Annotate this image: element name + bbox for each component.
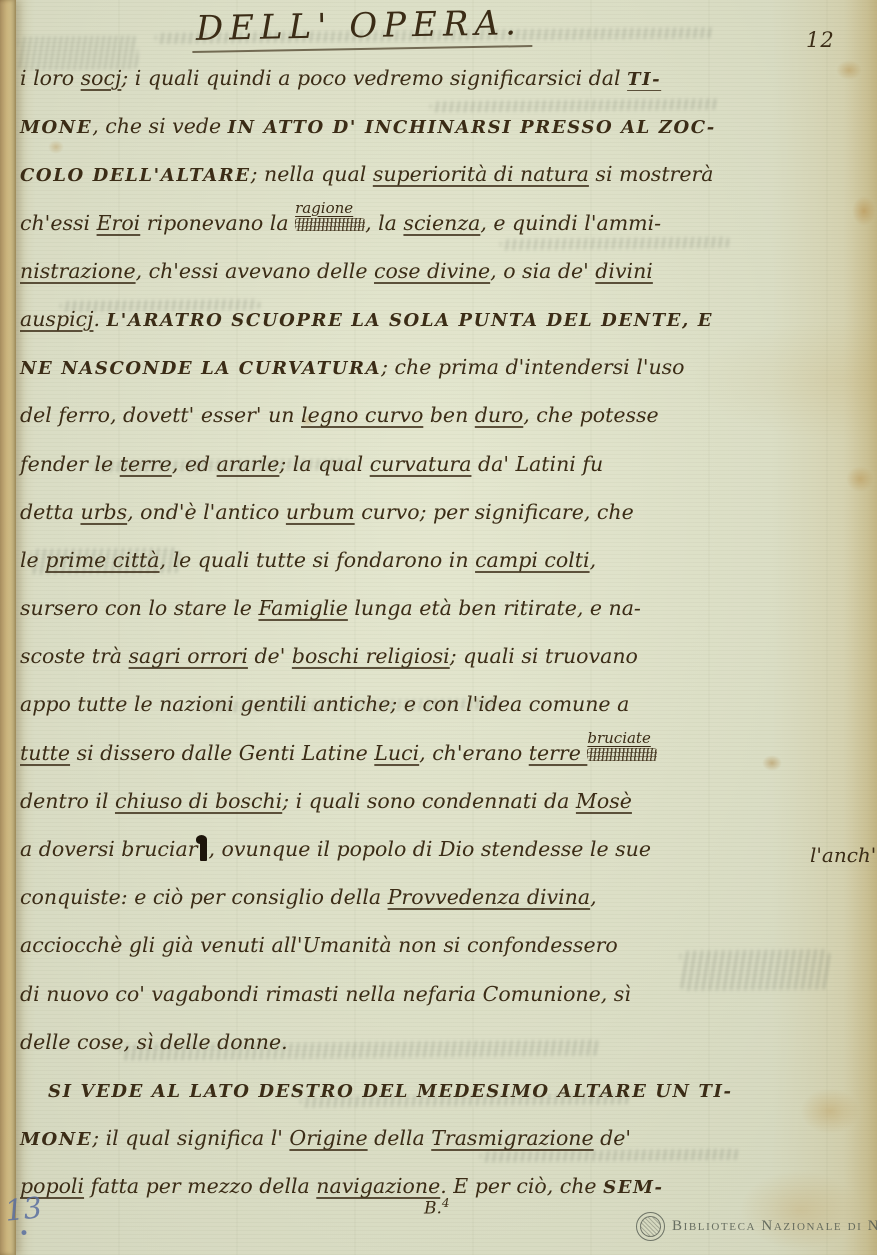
binding-edge xyxy=(0,0,16,1255)
manuscript-line: le prime città, le quali tutte si fondar… xyxy=(20,536,870,584)
text-segment: terre xyxy=(120,452,172,476)
text-segment: ; il qual significa l' xyxy=(92,1126,289,1150)
text-segment: IN ATTO D' INCHINARSI PRESSO AL ZOC- xyxy=(228,117,716,138)
manuscript-page: DELL' OPERA. 12 i loro socj; i quali qui… xyxy=(0,0,877,1255)
text-segment: cose divine xyxy=(374,259,490,283)
strikeout-scribble xyxy=(295,218,365,231)
text-segment: boschi religiosi xyxy=(292,644,450,668)
text-segment: si mostrerà xyxy=(589,162,714,186)
margin-note: l'anch'essi xyxy=(810,843,877,867)
text-segment: TI- xyxy=(627,69,661,90)
manuscript-line: COLO DELL'ALTARE; nella qual superiorità… xyxy=(20,150,870,198)
text-segment: ch'essi xyxy=(20,211,97,235)
text-segment: a doversi bruciar xyxy=(20,837,198,861)
stamp-label: Biblioteca Nazionale di Napoli xyxy=(672,1218,877,1235)
page-title: DELL' OPERA. xyxy=(192,3,533,53)
manuscript-line: a doversi bruciar, ovunque il popolo di … xyxy=(20,825,870,873)
library-stamp: Biblioteca Nazionale di Napoli xyxy=(636,1212,877,1241)
text-segment: Mosè xyxy=(576,789,632,813)
text-segment: NE NASCONDE LA CURVATURA xyxy=(20,358,381,379)
text-segment: Trasmigrazione xyxy=(431,1126,593,1150)
text-segment: ; quali si truovano xyxy=(450,644,638,668)
text-segment: riponevano la xyxy=(140,211,295,235)
text-segment: legno curvo xyxy=(301,403,423,427)
text-segment: SI VEDE AL LATO DESTRO DEL MEDESIMO ALTA… xyxy=(48,1081,733,1102)
text-segment: SEM- xyxy=(603,1177,664,1198)
text-segment: MONE xyxy=(20,117,92,138)
text-segment: Origine xyxy=(289,1126,367,1150)
text-segment: Eroi xyxy=(97,211,141,235)
text-segment: de' xyxy=(594,1126,631,1150)
manuscript-line: dentro il chiuso di boschi; i quali sono… xyxy=(20,777,870,825)
text-segment: , xyxy=(590,548,597,572)
text-segment: scoste trà xyxy=(20,644,129,668)
text-segment: divini xyxy=(595,259,653,283)
text-segment: lunga età ben ritirate, e na- xyxy=(348,596,641,620)
manuscript-line: conquiste: e ciò per consiglio della Pro… xyxy=(20,873,870,921)
text-segment: detta xyxy=(20,500,80,524)
text-segment: di nuovo co' vagabondi rimasti nella nef… xyxy=(20,982,631,1006)
text-segment: , la xyxy=(365,211,403,235)
text-segment: dentro il xyxy=(20,789,115,813)
text-segment: prime città xyxy=(45,548,159,572)
text-segment: terre xyxy=(529,741,588,765)
text-segment: fender le xyxy=(20,452,120,476)
text-segment: . xyxy=(93,307,106,331)
insertion-mark-icon xyxy=(200,839,207,861)
text-segment: sagri orrori xyxy=(129,644,248,668)
text-segment: del ferro, dovett' esser' un xyxy=(20,403,301,427)
text-segment: MONE xyxy=(20,1129,92,1150)
text-segment: sursero con lo stare le xyxy=(20,596,258,620)
text-segment: Provvedenza divina xyxy=(388,885,590,909)
manuscript-line: MONE; il qual significa l' Origine della… xyxy=(20,1114,870,1162)
text-segment: i loro xyxy=(20,66,81,90)
text-segment: curvo; per significare, che xyxy=(355,500,634,524)
text-segment: de' xyxy=(248,644,292,668)
strikeout-scribble xyxy=(587,748,657,761)
text-segment: scienza xyxy=(403,211,480,235)
text-segment: le xyxy=(20,548,45,572)
manuscript-line: nistrazione, ch'essi avevano delle cose … xyxy=(20,247,870,295)
text-segment: L'ARATRO SCUOPRE LA SOLA PUNTA DEL DENTE… xyxy=(107,310,714,331)
text-segment: , ond'è l'antico xyxy=(127,500,286,524)
text-segment: ; i quali sono condennati da xyxy=(282,789,576,813)
text-segment: , xyxy=(590,885,597,909)
text-segment: , ovunque il popolo di Dio stendesse le … xyxy=(209,837,651,861)
manuscript-line: tutte si dissero dalle Genti Latine Luci… xyxy=(20,729,870,777)
quire-superscript: 4 xyxy=(442,1196,450,1210)
text-segment: socj xyxy=(81,66,122,90)
manuscript-line: MONE, che si vede IN ATTO D' INCHINARSI … xyxy=(20,102,870,150)
text-segment: , e quindi l'ammi- xyxy=(480,211,661,235)
quire-signature: B.4 xyxy=(424,1196,450,1219)
text-segment: appo tutte le nazioni gentili antiche; e… xyxy=(20,692,629,716)
text-segment: tutte xyxy=(20,741,70,765)
blue-foliation-number: 13 xyxy=(3,1190,43,1228)
text-segment: conquiste: e ciò per consiglio della xyxy=(20,885,388,909)
text-segment: ararle xyxy=(217,452,280,476)
manuscript-line: acciocchè gli già venuti all'Umanità non… xyxy=(20,921,870,969)
text-segment: Luci xyxy=(374,741,419,765)
text-segment: ; nella qual xyxy=(251,162,373,186)
text-segment: , ch'erano xyxy=(419,741,529,765)
folio-number: 12 xyxy=(806,28,835,52)
text-segment: . E per ciò, che xyxy=(440,1174,603,1198)
manuscript-line: ch'essi Eroi riponevano la ragione, la s… xyxy=(20,199,870,247)
manuscript-line: sursero con lo stare le Famiglie lunga e… xyxy=(20,584,870,632)
text-segment: fatta per mezzo della xyxy=(84,1174,316,1198)
text-segment: delle cose, sì delle donne. xyxy=(20,1030,288,1054)
text-segment: curvatura xyxy=(370,452,472,476)
text-segment: si dissero dalle Genti Latine xyxy=(70,741,374,765)
manuscript-lines: i loro socj; i quali quindi a poco vedre… xyxy=(20,54,870,1211)
text-segment: ; che prima d'intendersi l'uso xyxy=(381,355,684,379)
manuscript-line: NE NASCONDE LA CURVATURA; che prima d'in… xyxy=(20,343,870,391)
text-segment: ; i quali quindi a poco vedremo signific… xyxy=(121,66,627,90)
text-segment: , che si vede xyxy=(92,114,227,138)
text-segment: , ch'essi avevano delle xyxy=(136,259,374,283)
text-segment: duro xyxy=(475,403,523,427)
text-segment: , o sia de' xyxy=(490,259,595,283)
text-segment: superiorità di natura xyxy=(373,162,589,186)
manuscript-line: scoste trà sagri orrori de' boschi relig… xyxy=(20,632,870,680)
manuscript-line: appo tutte le nazioni gentili antiche; e… xyxy=(20,680,870,728)
manuscript-line: delle cose, sì delle donne. xyxy=(20,1018,870,1066)
text-segment: urbs xyxy=(80,500,127,524)
text-segment: navigazione xyxy=(316,1174,440,1198)
text-segment: urbum xyxy=(286,500,355,524)
manuscript-line: di nuovo co' vagabondi rimasti nella nef… xyxy=(20,970,870,1018)
text-segment: chiuso di boschi xyxy=(115,789,282,813)
manuscript-line: SI VEDE AL LATO DESTRO DEL MEDESIMO ALTA… xyxy=(20,1066,870,1114)
manuscript-line: del ferro, dovett' esser' un legno curvo… xyxy=(20,391,870,439)
text-segment: auspicj xyxy=(20,307,93,331)
text-segment: ; la qual xyxy=(279,452,369,476)
library-emblem-icon xyxy=(636,1212,665,1241)
text-segment: acciocchè gli già venuti all'Umanità non… xyxy=(20,933,618,957)
manuscript-line: i loro socj; i quali quindi a poco vedre… xyxy=(20,54,870,102)
quire-base: B. xyxy=(424,1199,442,1219)
manuscript-line: fender le terre, ed ararle; la qual curv… xyxy=(20,440,870,488)
text-segment: , che potesse xyxy=(523,403,658,427)
text-segment: , le quali tutte si fondarono in xyxy=(160,548,476,572)
text-segment: Famiglie xyxy=(258,596,347,620)
text-segment: da' Latini fu xyxy=(471,452,603,476)
manuscript-line: auspicj. L'ARATRO SCUOPRE LA SOLA PUNTA … xyxy=(20,295,870,343)
text-segment: COLO DELL'ALTARE xyxy=(20,165,251,186)
text-segment: campi colti xyxy=(475,548,590,572)
text-segment: della xyxy=(368,1126,432,1150)
manuscript-line: detta urbs, ond'è l'antico urbum curvo; … xyxy=(20,488,870,536)
text-segment: , ed xyxy=(172,452,217,476)
text-segment: nistrazione xyxy=(20,259,136,283)
text-segment: ben xyxy=(423,403,475,427)
